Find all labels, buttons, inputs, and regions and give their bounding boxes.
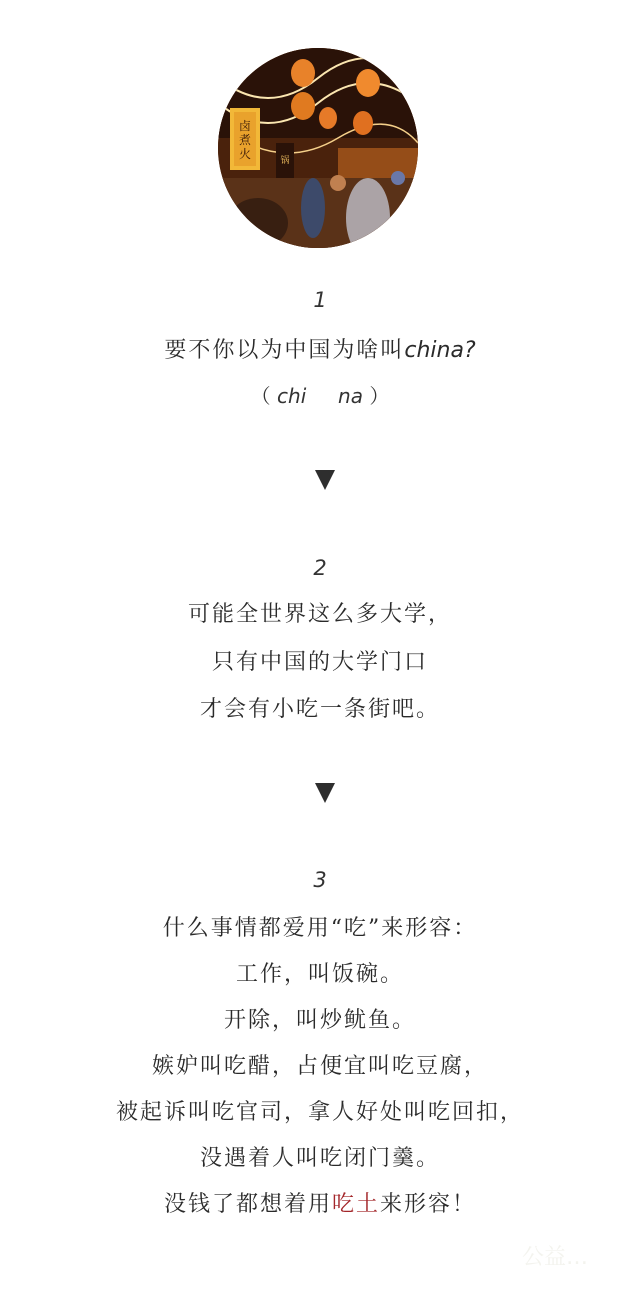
line-7-post: 来形容！ [380, 1192, 476, 1217]
section-number-2: 2 [0, 556, 640, 580]
down-triangle-separator-2 [315, 783, 335, 803]
section-3-line-5: 被起诉叫吃官司，拿人好处叫吃回扣， [0, 1095, 640, 1126]
svg-text:卤: 卤 [239, 118, 251, 133]
section-3-line-3: 开除，叫炒鱿鱼。 [0, 1003, 640, 1034]
svg-text:锅: 锅 [280, 155, 289, 166]
section-3-line-6: 没遇着人叫吃闭门羹。 [0, 1141, 640, 1172]
section-1-latin: china? [404, 338, 475, 363]
pinyin-close-paren: ） [369, 384, 389, 408]
section-2-line-1: 可能全世界这么多大学， [0, 597, 640, 628]
header-photo: 卤 煮 火 锅 [218, 48, 418, 248]
watermark: 公益… [480, 1240, 630, 1290]
svg-text:火: 火 [239, 146, 251, 161]
section-3-line-2: 工作，叫饭碗。 [0, 957, 640, 988]
pinyin-syllable-1: chi [277, 384, 306, 408]
section-3-line-4: 嫉妒叫吃醋，占便宜叫吃豆腐， [0, 1049, 640, 1080]
section-3-line-1: 什么事情都爱用“吃”来形容： [0, 911, 640, 942]
section-2-line-3: 才会有小吃一条街吧。 [0, 692, 640, 723]
down-triangle-separator-1 [315, 470, 335, 490]
section-1-text: 要不你以为中国为啥叫 [164, 338, 404, 363]
pinyin-open-paren: （ [251, 384, 271, 408]
pinyin-syllable-2: na [338, 384, 363, 408]
line-7-pre: 没钱了都想着用 [164, 1192, 332, 1217]
pinyin-annotation: （ chi na ） [0, 380, 640, 409]
section-1-line-1: 要不你以为中国为啥叫china? [0, 333, 640, 364]
section-number-1: 1 [0, 288, 640, 312]
street-scene-illustration: 卤 煮 火 锅 [218, 48, 418, 248]
highlight-text: 吃土 [332, 1192, 380, 1217]
section-number-3: 3 [0, 868, 640, 892]
svg-text:煮: 煮 [239, 132, 251, 147]
section-3-line-7: 没钱了都想着用吃土来形容！ [0, 1187, 640, 1218]
section-2-line-2: 只有中国的大学门口 [0, 645, 640, 676]
